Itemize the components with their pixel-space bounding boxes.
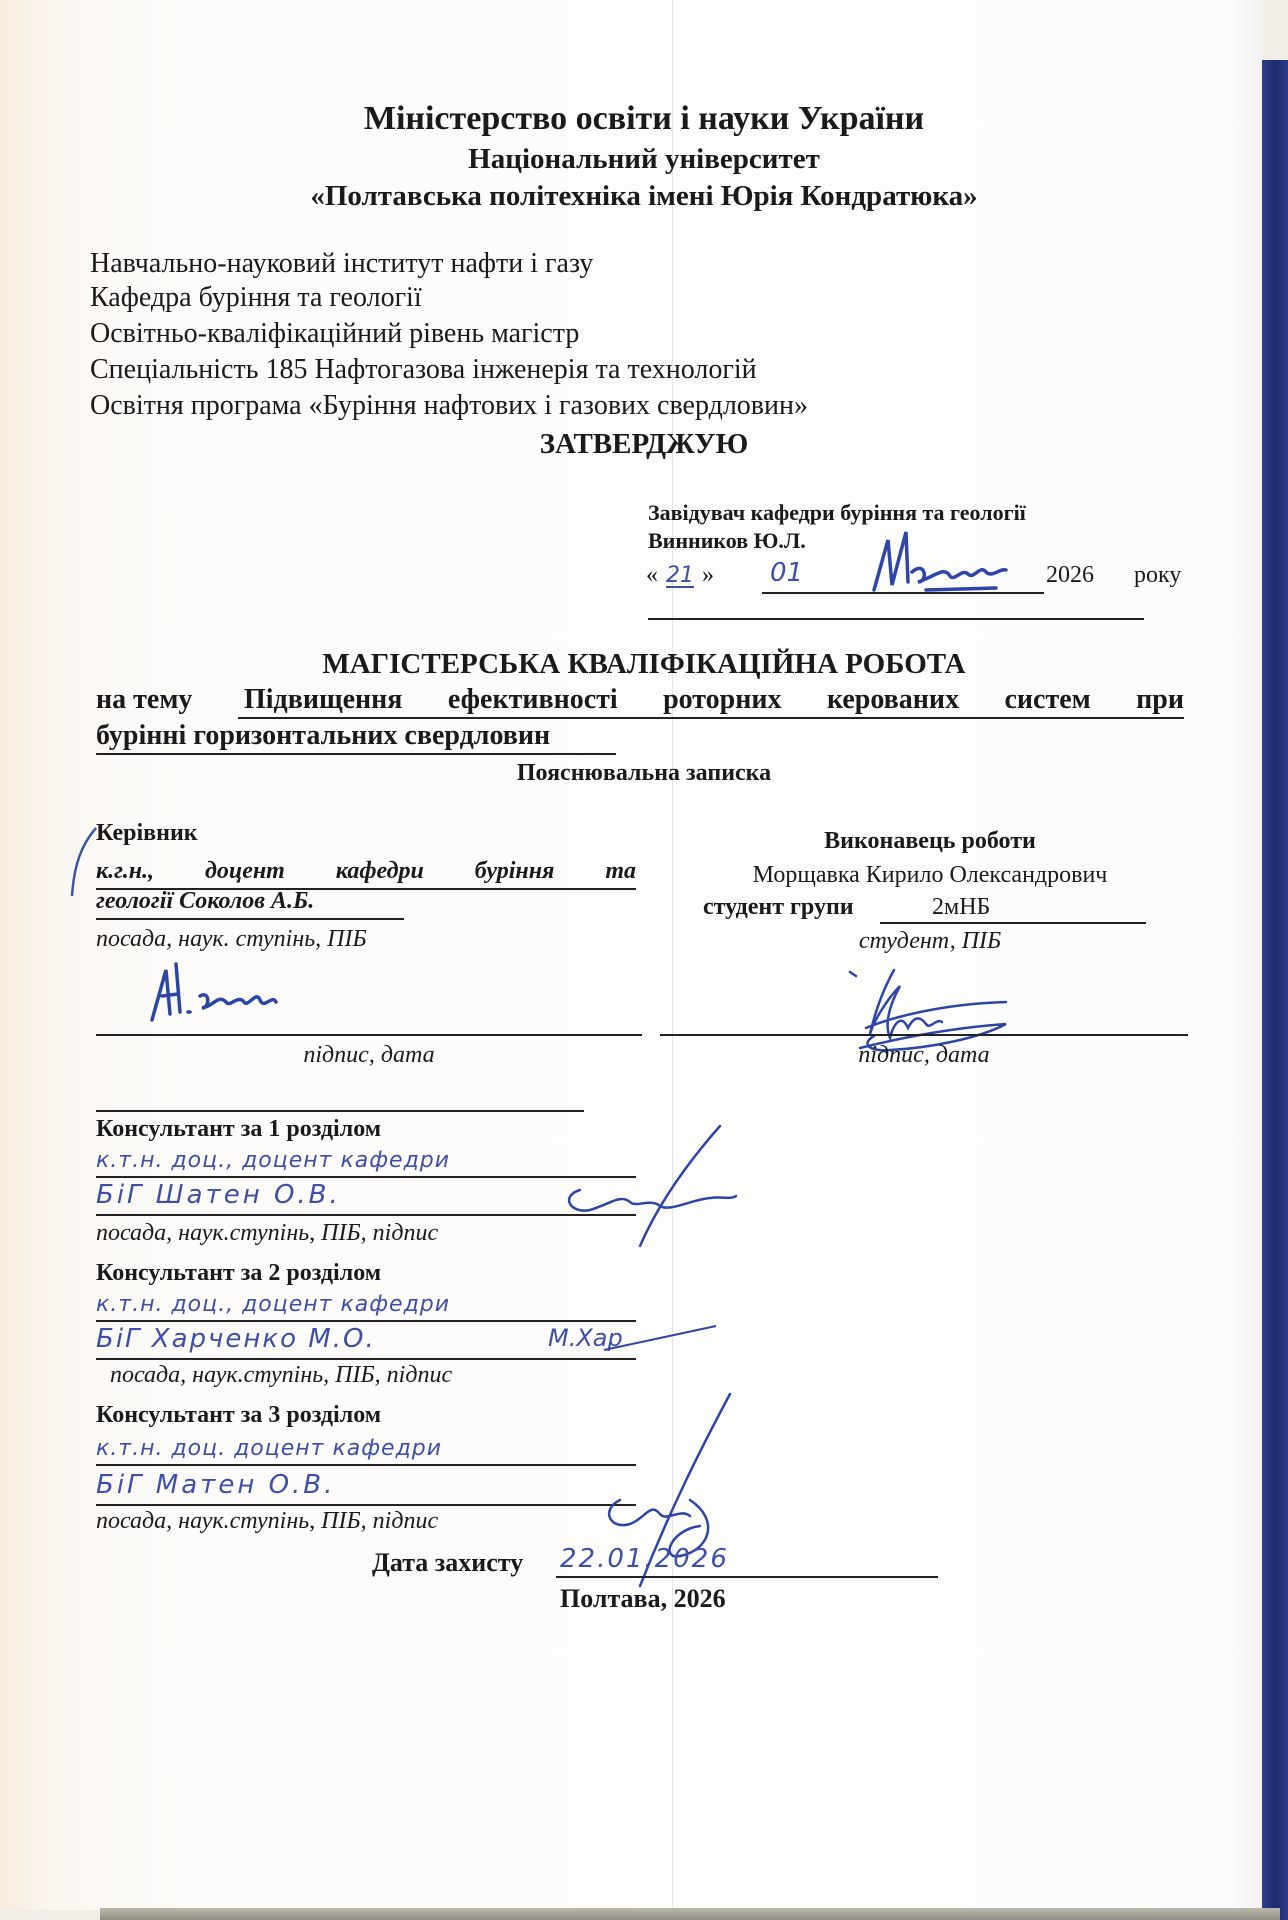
topic-prefix: на тему: [96, 684, 192, 716]
performer-caption: студент, ПІБ: [660, 928, 1200, 955]
consultant-3-underline-1: [96, 1464, 636, 1466]
fold-line: [672, 0, 673, 1910]
consultant-3-handwritten-line-2: БіГ Матен О.В.: [96, 1470, 335, 1500]
consultant-2-underline-1: [96, 1320, 636, 1322]
approval-day: 21: [658, 563, 702, 588]
city-year: Полтава, 2026: [560, 1584, 726, 1614]
topic-underline-2: [96, 753, 616, 755]
consultant-3-handwritten-line-1: к.т.н. доц. доцент кафедри: [96, 1436, 442, 1461]
supervisor-line-2: геології Соколов А.Б.: [96, 888, 314, 915]
day-open-quote: «: [646, 562, 658, 588]
defense-date-label: Дата захисту: [372, 1548, 523, 1578]
defense-date-value: 22.01.2026: [560, 1544, 729, 1574]
program-line: Освітня програма «Буріння нафтових і газ…: [90, 390, 808, 422]
supervisor-heading: Керівник: [96, 820, 198, 847]
consultant-2-heading: Консультант за 2 розділом: [96, 1260, 381, 1287]
topic-line-1: Підвищення ефективності роторних керован…: [244, 684, 1184, 716]
topic-line-2: бурінні горизонтальних свердловин: [96, 720, 550, 752]
level-line: Освітньо-кваліфікаційний рівень магістр: [90, 318, 579, 350]
performer-signature-line: [660, 1034, 1188, 1036]
consultant-2-underline-2: [96, 1358, 636, 1360]
specialty-line: Спеціальність 185 Нафтогазова інженерія …: [90, 354, 757, 386]
separator-line: [96, 1110, 584, 1112]
ministry-heading: Міністерство освіти і науки України: [0, 100, 1288, 138]
consultant-1-handwritten-line-2: БіГ Шатен О.В.: [96, 1180, 341, 1210]
approval-blank-line: [648, 618, 1144, 620]
consultant-3-caption: посада, наук.ступінь, ПІБ, підпис: [96, 1508, 438, 1535]
consultant-2-handwritten-line-1: к.т.н. доц., доцент кафедри: [96, 1292, 450, 1317]
consultant-1-caption: посада, наук.ступінь, ПІБ, підпис: [96, 1220, 438, 1247]
university-type: Національний університет: [0, 143, 1288, 176]
supervisor-underline-2: [96, 918, 404, 920]
supervisor-signature-line: [96, 1034, 642, 1036]
day-close-quote: »: [702, 562, 714, 588]
institute-line: Навчально-науковий інститут нафти і газу: [90, 248, 593, 280]
approval-month: 01: [770, 558, 803, 588]
blue-binding-edge: [1262, 60, 1288, 1920]
page-bottom-edge: [100, 1908, 1280, 1920]
topic-underline-1: [238, 717, 1184, 719]
performer-group-underline: [880, 922, 1146, 924]
consultant-2-signature-stroke: [600, 1320, 720, 1360]
supervisor-margin-mark: [60, 820, 100, 900]
performer-group-label: студент групи: [703, 894, 854, 921]
performer-signature-caption: підпис, дата: [660, 1042, 1188, 1069]
supervisor-caption: посада, наук. ступінь, ПІБ: [96, 926, 367, 953]
university-name: «Полтавська політехніка імені Юрія Кондр…: [0, 180, 1288, 213]
supervisor-line-1: к.г.н., доцент кафедри буріння та: [96, 858, 636, 885]
defense-date-underline: [556, 1576, 938, 1578]
department-line: Кафедра буріння та геології: [90, 282, 422, 314]
performer-group-value: 2мНБ: [932, 894, 990, 921]
approver-name: Винников Ю.Л.: [648, 528, 806, 554]
approval-year: 2026: [1046, 562, 1094, 589]
consultant-1-handwritten-line-1: к.т.н. доц., доцент кафедри: [96, 1148, 450, 1173]
performer-heading: Виконавець роботи: [660, 828, 1200, 855]
consultant-3-heading: Консультант за 3 розділом: [96, 1402, 381, 1429]
approver-signature: [866, 520, 1016, 600]
consultant-3-underline-2: [96, 1504, 636, 1506]
supervisor-signature-caption: підпис, дата: [96, 1042, 642, 1069]
consultant-1-heading: Консультант за 1 розділом: [96, 1116, 381, 1143]
approval-heading: ЗАТВЕРДЖУЮ: [0, 428, 1288, 461]
supervisor-signature: [140, 950, 300, 1030]
work-subtitle: Пояснювальна записка: [0, 760, 1288, 787]
consultant-1-signature: [520, 1120, 740, 1250]
approval-date-row: «21»: [646, 562, 714, 589]
performer-name: Морщавка Кирило Олександрович: [660, 862, 1200, 889]
consultant-2-handwritten-line-2: БіГ Харченко М.О.: [96, 1324, 376, 1354]
approval-year-suffix: року: [1134, 562, 1181, 589]
consultant-2-caption: посада, наук.ступінь, ПІБ, підпис: [110, 1362, 452, 1389]
work-title: МАГІСТЕРСЬКА КВАЛІФІКАЦІЙНА РОБОТА: [0, 648, 1288, 681]
